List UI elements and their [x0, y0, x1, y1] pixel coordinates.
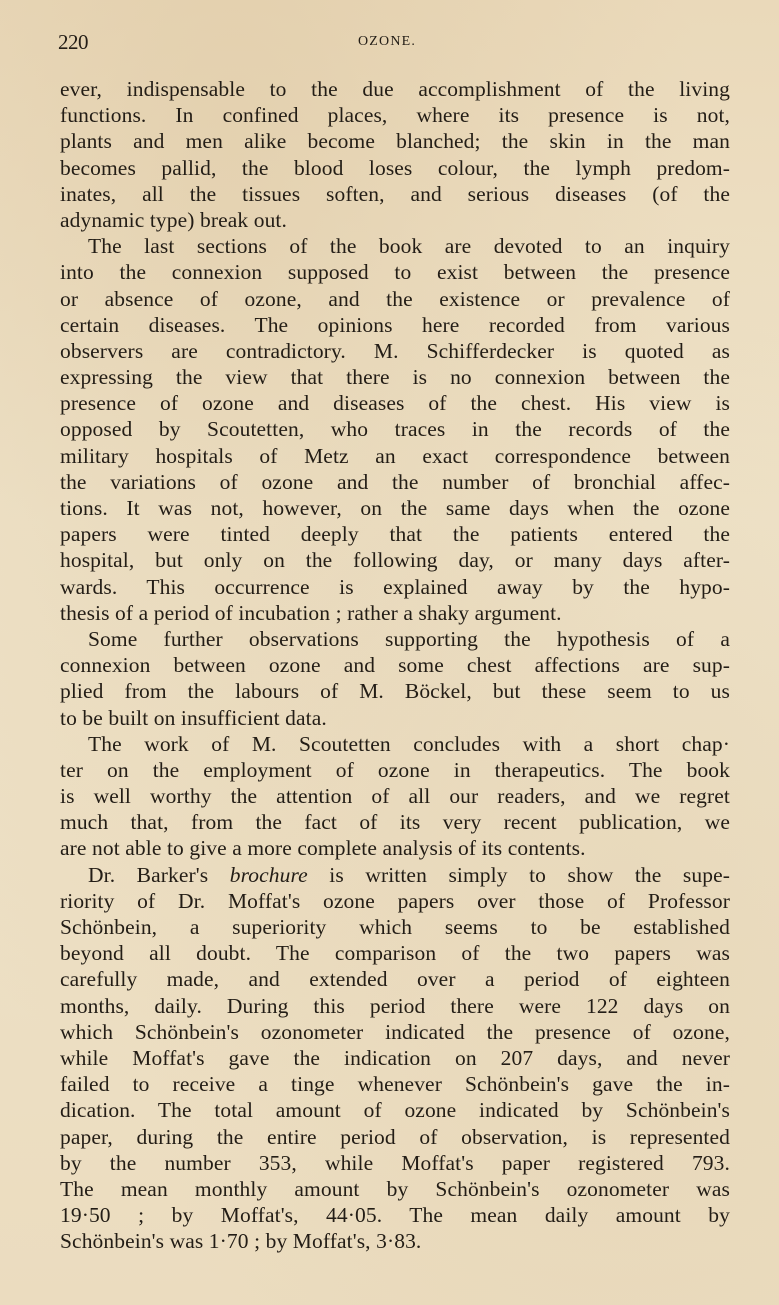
text-line: into the connexion supposed to exist bet… [60, 259, 730, 285]
text-line: opposed by Scoutetten, who traces in the… [60, 416, 730, 442]
text-line: connexion between ozone and some chest a… [60, 652, 730, 678]
text-line: to be built on insufficient data. [60, 705, 730, 731]
text-line: riority of Dr. Moffat's ozone papers ove… [60, 888, 730, 914]
text-line: dication. The total amount of ozone indi… [60, 1097, 730, 1123]
text-line: while Moffat's gave the indication on 20… [60, 1045, 730, 1071]
text-line: is well worthy the attention of all our … [60, 783, 730, 809]
text-line: beyond all doubt. The comparison of the … [60, 940, 730, 966]
text-line: The last sections of the book are devote… [60, 233, 730, 259]
text-line: wards. This occurrence is explained away… [60, 574, 730, 600]
text-line: functions. In confined places, where its… [60, 102, 730, 128]
text-line: ter on the employment of ozone in therap… [60, 757, 730, 783]
text-line: ever, indispensable to the due accomplis… [60, 76, 730, 102]
text-line: Schönbein's was 1·70 ; by Moffat's, 3·83… [60, 1228, 730, 1254]
body-text: ever, indispensable to the due accomplis… [60, 76, 730, 1254]
text-line: tions. It was not, however, on the same … [60, 495, 730, 521]
text-line: papers were tinted deeply that the patie… [60, 521, 730, 547]
text-line: plied from the labours of M. Böckel, but… [60, 678, 730, 704]
text-line: 19·50 ; by Moffat's, 44·05. The mean dai… [60, 1202, 730, 1228]
text-line: presence of ozone and diseases of the ch… [60, 390, 730, 416]
text-line: months, daily. During this period there … [60, 993, 730, 1019]
book-page: 220 OZONE. ever, indispensable to the du… [0, 0, 779, 1305]
text-line: which Schönbein's ozonometer indicated t… [60, 1019, 730, 1045]
text-line: Schönbein, a superiority which seems to … [60, 914, 730, 940]
text-line: much that, from the fact of its very rec… [60, 809, 730, 835]
running-title: OZONE. [358, 34, 416, 50]
text-line: adynamic type) break out. [60, 207, 730, 233]
text-segment: is written simply to show the supe- [308, 863, 730, 887]
text-line: certain diseases. The opinions here reco… [60, 312, 730, 338]
running-head: 220 OZONE. [58, 30, 730, 56]
text-line: failed to receive a tinge whenever Schön… [60, 1071, 730, 1097]
text-line: observers are contradictory. M. Schiffer… [60, 338, 730, 364]
text-line: plants and men alike become blanched; th… [60, 128, 730, 154]
text-line: paper, during the entire period of obser… [60, 1124, 730, 1150]
text-line: expressing the view that there is no con… [60, 364, 730, 390]
text-line: The work of M. Scoutetten concludes with… [60, 731, 730, 757]
text-line: by the number 353, while Moffat's paper … [60, 1150, 730, 1176]
page-number: 220 [58, 30, 88, 55]
text-line: hospital, but only on the following day,… [60, 547, 730, 573]
text-line: Some further observations supporting the… [60, 626, 730, 652]
text-line: inates, all the tissues soften, and seri… [60, 181, 730, 207]
text-segment: Dr. Barker's [88, 863, 230, 887]
text-line: Dr. Barker's brochure is written simply … [60, 862, 730, 888]
text-line: the variations of ozone and the number o… [60, 469, 730, 495]
text-line: are not able to give a more complete ana… [60, 835, 730, 861]
text-line: The mean monthly amount by Schönbein's o… [60, 1176, 730, 1202]
text-line: military hospitals of Metz an exact corr… [60, 443, 730, 469]
italic-term: brochure [230, 863, 308, 887]
text-line: carefully made, and extended over a peri… [60, 966, 730, 992]
text-line: becomes pallid, the blood loses colour, … [60, 155, 730, 181]
text-line: thesis of a period of incubation ; rathe… [60, 600, 730, 626]
text-line: or absence of ozone, and the existence o… [60, 286, 730, 312]
